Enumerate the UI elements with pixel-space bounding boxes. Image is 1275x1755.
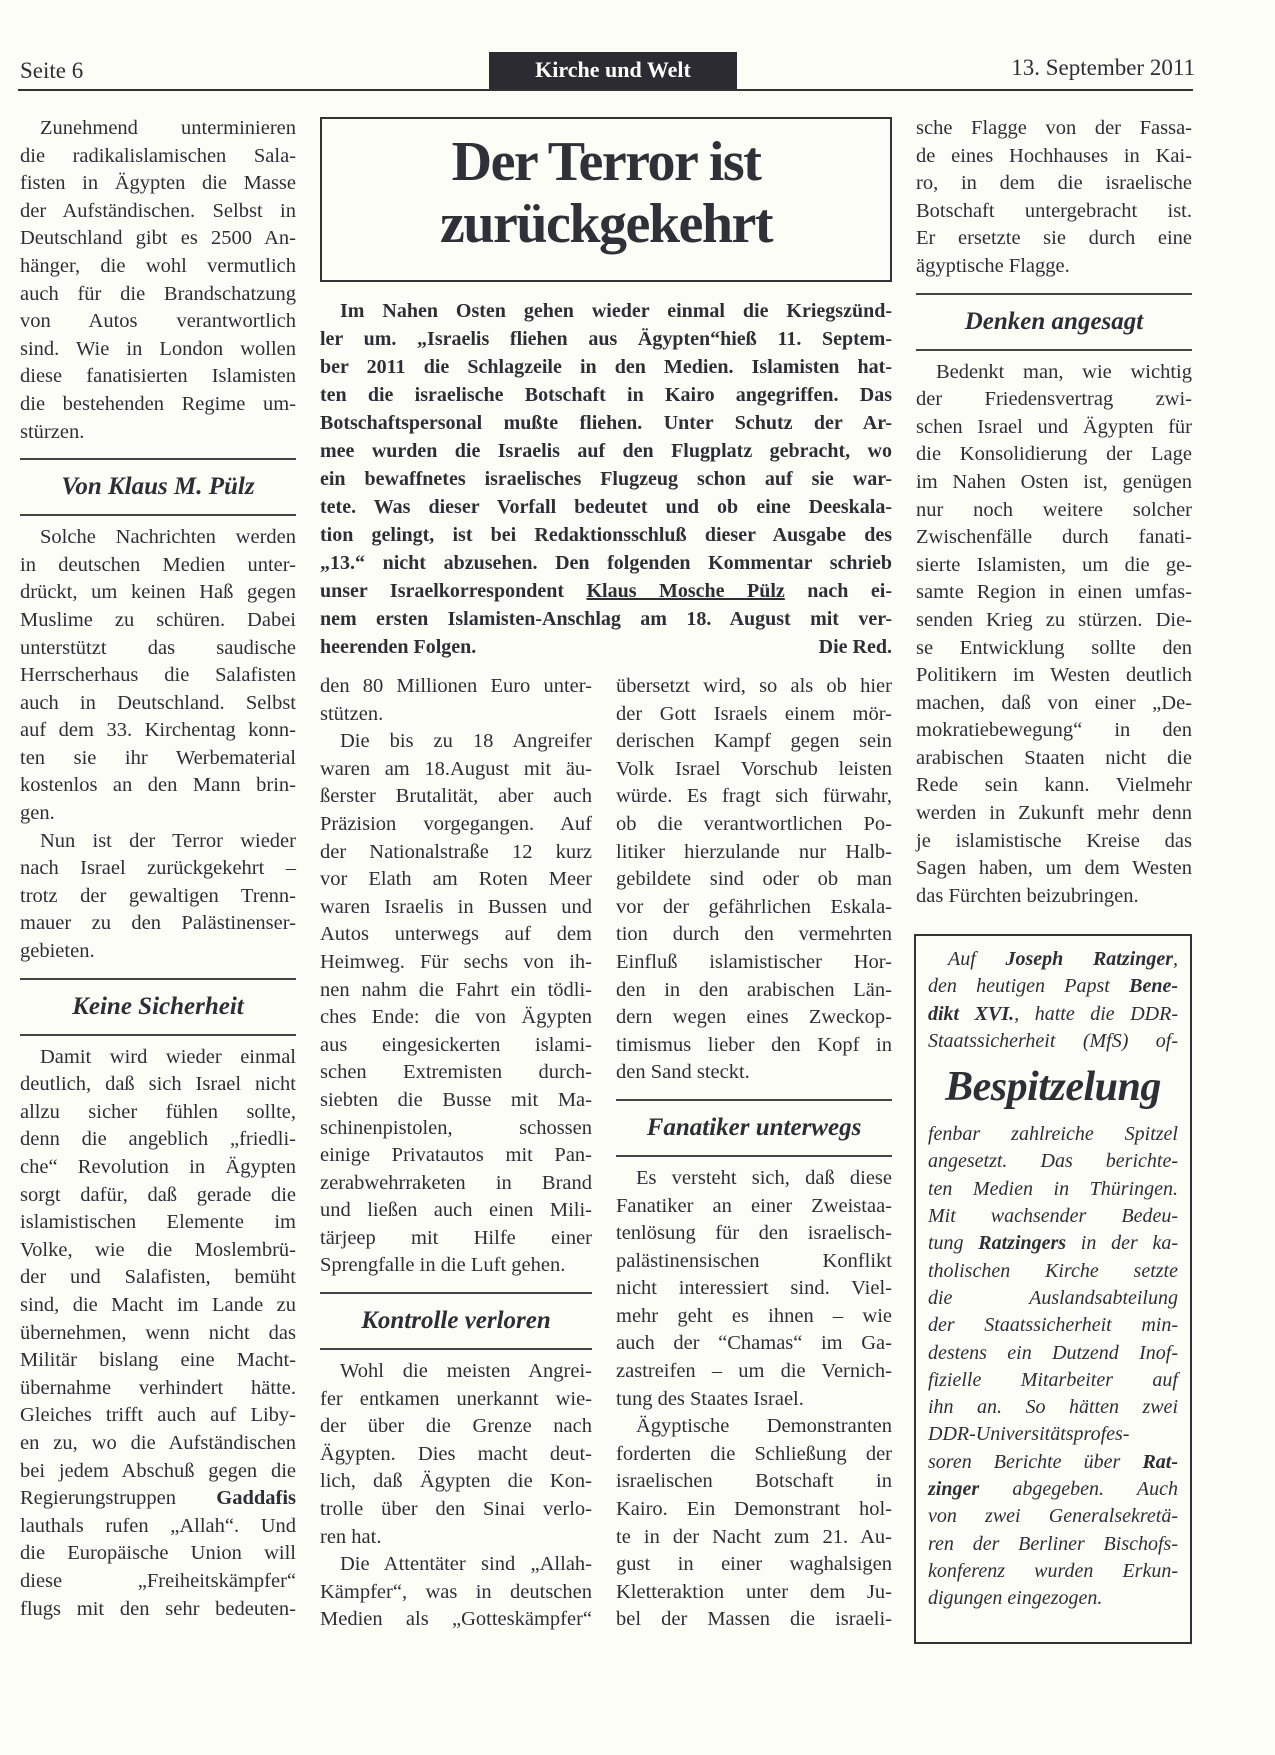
text-line: konferenz wurden Erkun- <box>928 1558 1178 1585</box>
text-line: vor der gefährlichen Eskala- <box>616 894 892 922</box>
text-line: fizielle Mitarbeiter auf <box>928 1367 1178 1394</box>
text-line: Botschaft untergebracht ist. <box>916 198 1192 226</box>
text-line: Präzision vorgegangen. Auf <box>320 811 592 839</box>
subheading: Keine Sicherheit <box>20 990 296 1024</box>
divider <box>320 1292 592 1294</box>
text-line: Es versteht sich, daß diese <box>616 1165 892 1193</box>
paragraph: Ägyptische Demonstrantenforderten die Sc… <box>616 1413 892 1634</box>
text-line: Fanatiker an einer Zweistaa- <box>616 1193 892 1221</box>
text-line: tion gelingt, ist bei Redaktionsschluß d… <box>320 521 892 549</box>
text-line: vor Elath am Roten Meer <box>320 866 592 894</box>
text-line: kostenlos an den Mann brin- <box>20 772 296 800</box>
text-line: auch in Deutschland. Selbst <box>20 690 296 718</box>
text-line: se Entwicklung sollte den <box>916 635 1192 663</box>
divider <box>916 349 1192 351</box>
text-line: te in der Nacht zum 21. Au- <box>616 1524 892 1552</box>
author-link[interactable]: Klaus Mosche Pülz <box>586 580 784 602</box>
text-line: lich, daß Ägypten die Kon- <box>320 1468 592 1496</box>
divider <box>20 1034 296 1036</box>
lead-paragraph: Im Nahen Osten gehen wieder einmal die K… <box>320 297 892 661</box>
text-line: ten sie ihr Werbematerial <box>20 745 296 773</box>
text-line: Die Attentäter sind „Allah- <box>320 1551 592 1579</box>
text-line: samte Region in einen umfas- <box>916 579 1192 607</box>
text-line: denn die angeblich „friedli- <box>20 1126 296 1154</box>
paragraph-lines: lauthals rufen „Allah“. Unddie Europäisc… <box>20 1513 296 1623</box>
text: tung <box>928 1232 978 1254</box>
text-line: der Nationalstraße 12 kurz <box>320 839 592 867</box>
text-line: palästinensischen Konflikt <box>616 1248 892 1276</box>
text-line: Ägyptische Demonstranten <box>616 1413 892 1441</box>
text-line: und ließen auch einen Mili- <box>320 1197 592 1225</box>
text-line: en zu, wo die Aufständischen <box>20 1430 296 1458</box>
text-line: auch der “Chamas“ im Ga- <box>616 1330 892 1358</box>
headline-line: zurückgekehrt <box>322 193 890 255</box>
text: , hatte die DDR- <box>1014 1003 1178 1025</box>
text-line: Heimweg. Für sechs von ih- <box>320 949 592 977</box>
text-line: gebieten. <box>20 938 296 966</box>
text-line: litiker hierzulande nur Halb- <box>616 839 892 867</box>
text: , <box>1173 948 1178 970</box>
text-line: Solche Nachrichten werden <box>20 524 296 552</box>
text-line: Ägypten. Dies macht deut- <box>320 1441 592 1469</box>
text-line: Bedenkt man, wie wichtig <box>916 359 1192 387</box>
text-line: Botschaftspersonal mußte fliehen. Unter … <box>320 409 892 437</box>
text-line: Medien als „Gotteskämpfer“ <box>320 1606 592 1634</box>
text-line: Wohl die meisten Angrei- <box>320 1358 592 1386</box>
divider <box>20 458 296 460</box>
column-2: den 80 Millionen Euro unter-stützen. Die… <box>320 673 592 1634</box>
name-ratzinger: Joseph Ratzinger <box>1005 948 1173 970</box>
text-line: deutlich, daß sich Israel nicht <box>20 1071 296 1099</box>
paragraph: Es versteht sich, daß dieseFanatiker an … <box>616 1165 892 1413</box>
sidebox-line: den heutigen Papst Bene- <box>928 973 1178 1000</box>
paragraph-line: Regierungstruppen Gaddafis <box>20 1485 296 1513</box>
text-line: israelischen Botschaft in <box>616 1468 892 1496</box>
text-line: gebildete sind oder ob man <box>616 866 892 894</box>
text-line: mee wurden die Israelis auf den Flugplat… <box>320 437 892 465</box>
text-line: Autos unterwegs auf dem <box>320 921 592 949</box>
text-line: aus eingesickerten islami- <box>320 1032 592 1060</box>
paragraph: sche Flagge von der Fassa-de eines Hochh… <box>916 115 1192 281</box>
text-line: fenbar zahlreiche Spitzel <box>928 1121 1178 1148</box>
text: abgegeben. Auch <box>979 1478 1178 1500</box>
text-line: Militär bislang eine Macht- <box>20 1347 296 1375</box>
text-line: von zwei Generalsekretä- <box>928 1503 1178 1530</box>
name-ratzinger: Ratzingers <box>978 1232 1066 1254</box>
text-line: Einfluß islamistischer Hor- <box>616 949 892 977</box>
text-line: sind. Wie in London wollen <box>20 336 296 364</box>
text-line: trolle über den Sinai verlo- <box>320 1496 592 1524</box>
name-ratzinger: zinger <box>928 1478 979 1500</box>
text-line: der Gott Israels einem mör- <box>616 701 892 729</box>
text: Regierungstruppen <box>20 1487 216 1509</box>
sidebox-bespitzelung: Auf Joseph Ratzinger, den heutigen Papst… <box>914 934 1192 1644</box>
text-line: allzu sicher fühlen sollte, <box>20 1099 296 1127</box>
text-line: der Friedensvertrag zwi- <box>916 386 1192 414</box>
column-3: übersetzt wird, so als ob hierder Gott I… <box>616 673 892 1634</box>
text-line: nen nahm die Fahrt ein tödli- <box>320 977 592 1005</box>
text-line: ein bewaffnetes israelisches Flugzeug sc… <box>320 465 892 493</box>
text-line: bei jedem Abschuß gegen die <box>20 1458 296 1486</box>
text-line: der über die Grenze nach <box>320 1413 592 1441</box>
headline-line: Der Terror ist <box>322 131 890 193</box>
text-line: trotz der gewaltigen Trenn- <box>20 883 296 911</box>
sidebox-line: Auf Joseph Ratzinger, <box>928 946 1178 973</box>
section-label: Kirche und Welt <box>489 52 737 90</box>
text-line: schen Israel und Ägypten für <box>916 414 1192 442</box>
text-line: die Europäische Union will <box>20 1540 296 1568</box>
header-rule <box>18 89 1193 91</box>
sidebox-line: zinger abgegeben. Auch <box>928 1476 1178 1503</box>
text-line: nur noch weitere solcher <box>916 497 1192 525</box>
text-line: ten Medien in Thüringen. <box>928 1176 1178 1203</box>
text-line: ler um. „Israelis fliehen aus Ägypten“hi… <box>320 325 892 353</box>
text-line: che“ Revolution in Ägypten <box>20 1154 296 1182</box>
text-line: in deutschen Medien unter- <box>20 552 296 580</box>
text-line: der und Salafisten, bemüht <box>20 1264 296 1292</box>
paragraph: Damit wird wieder einmaldeutlich, daß si… <box>20 1044 296 1623</box>
text-line: Nun ist der Terror wieder <box>20 828 296 856</box>
text-line: Kairo. Ein Demonstrant hol- <box>616 1496 892 1524</box>
text-line: auf dem 33. Kirchentag konn- <box>20 717 296 745</box>
text-line: Politikern im Westen deutlich <box>916 662 1192 690</box>
text-line: waren Israelis in Bussen und <box>320 894 592 922</box>
text-line: gen. <box>20 800 296 828</box>
text-line: ägyptische Flagge. <box>916 253 1192 281</box>
text-line: einige Privatautos mit Pan- <box>320 1142 592 1170</box>
text-line: die radikalislamischen Sala- <box>20 143 296 171</box>
text-line: angesetzt. Das berichte- <box>928 1148 1178 1175</box>
text-line: Deutschland gibt es 2500 An- <box>20 225 296 253</box>
text-line: der Aufständischen. Selbst in <box>20 198 296 226</box>
text: soren Berichte über <box>928 1451 1142 1473</box>
byline: Von Klaus M. Pülz <box>20 470 296 504</box>
text-line: im Nahen Osten ist, genügen <box>916 469 1192 497</box>
divider <box>616 1099 892 1101</box>
text-line: Sagen haben, um dem Westen <box>916 855 1192 883</box>
lead-line: unser Israelkorrespondent Klaus Mosche P… <box>320 577 892 605</box>
text-line: mehr geht es ihnen – wie <box>616 1303 892 1331</box>
divider <box>616 1155 892 1157</box>
lead-line: „13.“ nicht abzusehen. Den folgenden Kom… <box>320 549 892 577</box>
text-line: waren am 18.August mit äu- <box>320 756 592 784</box>
text-line: je islamistische Kreise das <box>916 828 1192 856</box>
name-ratzinger: Rat- <box>1142 1451 1178 1473</box>
text-line: tion durch den vermehrten <box>616 921 892 949</box>
text: in der ka- <box>1066 1232 1178 1254</box>
text-line: Kämpfer“, was in deutschen <box>320 1579 592 1607</box>
text: den heutigen Papst <box>928 975 1129 997</box>
text-line: Zwischenfälle durch fanati- <box>916 524 1192 552</box>
text-line: sche Flagge von der Fassa- <box>916 115 1192 143</box>
text-line: Mit wachsender Bedeu- <box>928 1203 1178 1230</box>
text-line: von Autos verantwortlich <box>20 308 296 336</box>
sidebox-line: soren Berichte über Rat- <box>928 1449 1178 1476</box>
text-line: übernahme verhindert hätte. <box>20 1375 296 1403</box>
paragraph-lines: Damit wird wieder einmaldeutlich, daß si… <box>20 1044 296 1486</box>
paragraph: Zunehmend unterminierendie radikalislami… <box>20 115 296 446</box>
text-line: das Fürchten beizubringen. <box>916 883 1192 911</box>
text-line: destens ein Dutzend Inof- <box>928 1340 1178 1367</box>
text-line: bel der Massen die israeli- <box>616 1606 892 1634</box>
text: heerenden Folgen. <box>320 633 476 661</box>
text-line: ob die verantwortlichen Po- <box>616 811 892 839</box>
text-line: auch für die Brandschatzung <box>20 281 296 309</box>
column-1: Zunehmend unterminierendie radikalislami… <box>20 115 296 1623</box>
text-line: Damit wird wieder einmal <box>20 1044 296 1072</box>
text-line: Muslime zu schüren. Dabei <box>20 607 296 635</box>
text-line: gust in einer waghalsigen <box>616 1551 892 1579</box>
text-line: ches Ende: die von Ägypten <box>320 1004 592 1032</box>
text-line: Die bis zu 18 Angreifer <box>320 728 592 756</box>
divider <box>20 978 296 980</box>
divider <box>20 514 296 516</box>
text-line: Sprengfalle in die Luft gehen. <box>320 1252 592 1280</box>
text-line: den 80 Millionen Euro unter- <box>320 673 592 701</box>
text-line: arabischen Staaten nicht die <box>916 745 1192 773</box>
sidebox-title: Bespitzelung <box>928 1061 1178 1113</box>
text: Auf <box>948 948 1005 970</box>
text-line: ber 2011 die Schlagzeile in den Medien. … <box>320 353 892 381</box>
text-line: Im Nahen Osten gehen wieder einmal die K… <box>320 297 892 325</box>
lead-line: nem ersten Islamisten-Anschlag am 18. Au… <box>320 605 892 633</box>
text-line: tenlösung für den israelisch- <box>616 1220 892 1248</box>
page-number: Seite 6 <box>20 58 83 84</box>
text-line: nicht interessiert sind. Viel- <box>616 1275 892 1303</box>
paragraph: übersetzt wird, so als ob hierder Gott I… <box>616 673 892 1087</box>
paragraph: den 80 Millionen Euro unter-stützen. <box>320 673 592 728</box>
text-line: senden Krieg zu stürzen. Die- <box>916 607 1192 635</box>
text-line: diese „Freiheitskämpfer“ <box>20 1568 296 1596</box>
issue-date: 13. September 2011 <box>1011 55 1195 81</box>
text-line: siebten die Busse mit Ma- <box>320 1087 592 1115</box>
text-line: mauer zu den Palästinenser- <box>20 910 296 938</box>
paragraph: Die bis zu 18 Angreiferwaren am 18.Augus… <box>320 728 592 1280</box>
text-line: derischen Kampf gegen sein <box>616 728 892 756</box>
text-line: lauthals rufen „Allah“. Und <box>20 1513 296 1541</box>
name-benedikt: Bene- <box>1129 975 1178 997</box>
paragraph: Bedenkt man, wie wichtigder Friedensvert… <box>916 359 1192 911</box>
text-line: drückt, um keinen Haß gegen <box>20 579 296 607</box>
paragraph: Die Attentäter sind „Allah-Kämpfer“, was… <box>320 1551 592 1634</box>
text-line: ren der Berliner Bischofs- <box>928 1531 1178 1558</box>
text-line: ro, in dem die israelische <box>916 170 1192 198</box>
sidebox-lines: fenbar zahlreiche Spitzelangesetzt. Das … <box>928 1121 1178 1230</box>
text-line: Zunehmend unterminieren <box>20 115 296 143</box>
lead-last-line: heerenden Folgen.Die Red. <box>320 633 892 661</box>
name-benedikt: dikt XVI. <box>928 1003 1014 1025</box>
text-line: fer entkamen unerkannt wie- <box>320 1386 592 1414</box>
text-line: den in den arabischen Län- <box>616 977 892 1005</box>
text-line: DDR-Universitätsprofes- <box>928 1421 1178 1448</box>
text-line: timismus lieber den Kopf in <box>616 1032 892 1060</box>
text: unser Israelkorrespondent <box>320 580 586 602</box>
subheading: Fanatiker unterwegs <box>616 1111 892 1145</box>
text-line: machen, daß von einer „De- <box>916 690 1192 718</box>
text-line: schen Extremisten durch- <box>320 1059 592 1087</box>
text-line: Volke, wie die Moslembrü- <box>20 1237 296 1265</box>
text-line: die Konsolidierung der Lage <box>916 441 1192 469</box>
name-gaddafi: Gaddafis <box>216 1487 296 1509</box>
divider <box>320 1348 592 1350</box>
text-line: de eines Hochhauses in Kai- <box>916 143 1192 171</box>
text-line: ihn an. So hätten zwei <box>928 1394 1178 1421</box>
text-line: flugs mit den sehr bedeuten- <box>20 1596 296 1624</box>
text-line: Herrscherhaus die Salafisten <box>20 662 296 690</box>
text-line: ten die israelische Botschaft in Kairo a… <box>320 381 892 409</box>
sidebox-line: Staatssicherheit (MfS) of- <box>928 1028 1178 1055</box>
text-line: stützen. <box>320 701 592 729</box>
text-line: ßerster Brutalität, aber auch <box>320 783 592 811</box>
sidebox-lines: von zwei Generalsekretä-ren der Berliner… <box>928 1503 1178 1612</box>
text-line: Gleiches trifft auch auf Liby- <box>20 1402 296 1430</box>
column-4: sche Flagge von der Fassa-de eines Hochh… <box>916 115 1192 910</box>
headline: Der Terror ist zurückgekehrt <box>322 131 890 255</box>
text-line: dern wegen eines Zweckop- <box>616 1004 892 1032</box>
paragraph: Solche Nachrichten werdenin deutschen Me… <box>20 524 296 828</box>
sidebox-line: tung Ratzingers in der ka- <box>928 1230 1178 1257</box>
editor-signature: Die Red. <box>819 633 892 661</box>
text-line: zastreifen – um die Vernich- <box>616 1358 892 1386</box>
text-line: tete. Was dieser Vorfall bedeutet und ob… <box>320 493 892 521</box>
sidebox-line: dikt XVI., hatte die DDR- <box>928 1001 1178 1028</box>
text-line: hänger, die wohl vermutlich <box>20 253 296 281</box>
text-line: stürzen. <box>20 419 296 447</box>
text-line: der Staatssicherheit min- <box>928 1312 1178 1339</box>
text-line: die Auslandsabteilung <box>928 1285 1178 1312</box>
divider <box>916 293 1192 295</box>
text-line: sierte Islamisten, um die ge- <box>916 552 1192 580</box>
text-line: übersetzt wird, so als ob hier <box>616 673 892 701</box>
text-line: nach Israel zurückgekehrt – <box>20 855 296 883</box>
text-line: fisten in Ägypten die Masse <box>20 170 296 198</box>
text-line: den Sand steckt. <box>616 1059 892 1087</box>
text-line: Volk Israel Vorschub leisten <box>616 756 892 784</box>
text-line: schinenpistolen, schossen <box>320 1115 592 1143</box>
text-line: sind, die Macht im Lande zu <box>20 1292 296 1320</box>
text-line: diese fanatisierten Islamisten <box>20 363 296 391</box>
paragraph: Wohl die meisten Angrei-fer entkamen une… <box>320 1358 592 1551</box>
text-line: Kletteraktion unter dem Ju- <box>616 1579 892 1607</box>
text-line: übernehmen, wenn nicht das <box>20 1320 296 1348</box>
text-line: Rede sein kann. Vielmehr <box>916 772 1192 800</box>
text-line: tärjeep mit Hilfe einer <box>320 1225 592 1253</box>
text-line: würde. Es fragt sich fürwahr, <box>616 783 892 811</box>
subheading: Denken angesagt <box>916 305 1192 339</box>
lead-lines: Im Nahen Osten gehen wieder einmal die K… <box>320 297 892 549</box>
text-line: sorgt dafür, daß gerade die <box>20 1182 296 1210</box>
text-line: tholischen Kirche setzte <box>928 1258 1178 1285</box>
text-line: mokratiebewegung“ in den <box>916 717 1192 745</box>
text-line: ren hat. <box>320 1524 592 1552</box>
text-line: islamistischen Elemente im <box>20 1209 296 1237</box>
headline-box: Der Terror ist zurückgekehrt <box>320 117 892 282</box>
text: nach ei- <box>785 580 892 602</box>
text-line: digungen eingezogen. <box>928 1585 1178 1612</box>
text-line: werden in Zukunft mehr denn <box>916 800 1192 828</box>
paragraph: Nun ist der Terror wiedernach Israel zur… <box>20 828 296 966</box>
text-line: unterstützt das saudische <box>20 635 296 663</box>
text-line: zerabwehrraketen in Brand <box>320 1170 592 1198</box>
text-line: tung des Staates Israel. <box>616 1386 892 1414</box>
text-line: forderten die Schließung der <box>616 1441 892 1469</box>
text-line: Er ersetzte sie durch eine <box>916 225 1192 253</box>
sidebox-lines: tholischen Kirche setztedie Auslandsabte… <box>928 1258 1178 1449</box>
text-line: die bestehenden Regime um- <box>20 391 296 419</box>
subheading: Kontrolle verloren <box>320 1304 592 1338</box>
